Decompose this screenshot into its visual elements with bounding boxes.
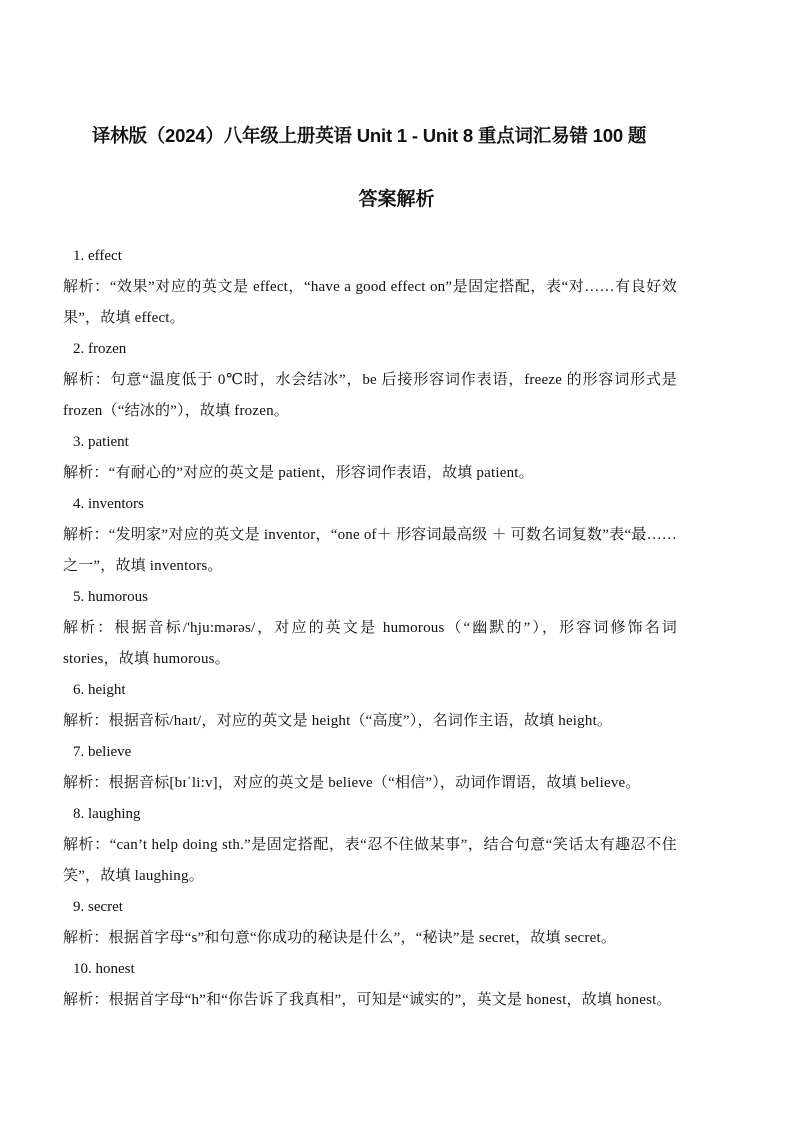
answer-explanation: 解析：根据音标[bɪˈli:v]，对应的英文是 believe（“相信”），动词…: [63, 768, 677, 799]
answer-item: 3. patient 解析：“有耐心的”对应的英文是 patient，形容词作表…: [63, 427, 677, 489]
answer-item: 9. secret 解析：根据首字母“s”和句意“你成功的秘诀是什么”，“秘诀”…: [63, 892, 677, 954]
document-title: 译林版（2024）八年级上册英语 Unit 1 - Unit 8 重点词汇易错 …: [0, 122, 793, 148]
answer-item: 4. inventors 解析：“发明家”对应的英文是 inventor，“on…: [63, 489, 677, 582]
answer-explanation: 解析：根据音标/haɪt/，对应的英文是 height（“高度”），名词作主语，…: [63, 706, 677, 737]
answer-heading: 5. humorous: [63, 582, 677, 613]
answer-heading: 1. effect: [63, 241, 677, 272]
answer-explanation: 解析：根据首字母“h”和“你告诉了我真相”，可知是“诚实的”，英文是 hones…: [63, 985, 677, 1016]
answer-explanation: 解析：“有耐心的”对应的英文是 patient，形容词作表语，故填 patien…: [63, 458, 677, 489]
answer-item: 2. frozen 解析：句意“温度低于 0℃时，水会结冰”，be 后接形容词作…: [63, 334, 677, 427]
answer-explanation: 解析：“can’t help doing sth.”是固定搭配，表“忍不住做某事…: [63, 830, 677, 892]
answer-explanation: 解析：根据音标/'hju:mərəs/，对应的英文是 humorous（“幽默的…: [63, 613, 677, 675]
answer-explanation: 解析：句意“温度低于 0℃时，水会结冰”，be 后接形容词作表语，freeze …: [63, 365, 677, 427]
answer-heading: 9. secret: [63, 892, 677, 923]
answer-item: 1. effect 解析：“效果”对应的英文是 effect，“have a g…: [63, 241, 677, 334]
answer-heading: 6. height: [63, 675, 677, 706]
answer-explanation: 解析：根据首字母“s”和句意“你成功的秘诀是什么”，“秘诀”是 secret，故…: [63, 923, 677, 954]
answer-item: 7. believe 解析：根据音标[bɪˈli:v]，对应的英文是 belie…: [63, 737, 677, 799]
answer-item: 10. honest 解析：根据首字母“h”和“你告诉了我真相”，可知是“诚实的…: [63, 954, 677, 1016]
document-page: 译林版（2024）八年级上册英语 Unit 1 - Unit 8 重点词汇易错 …: [0, 0, 793, 1122]
answer-item: 5. humorous 解析：根据音标/'hju:mərəs/，对应的英文是 h…: [63, 582, 677, 675]
answer-heading: 10. honest: [63, 954, 677, 985]
answer-heading: 7. believe: [63, 737, 677, 768]
answer-item: 8. laughing 解析：“can’t help doing sth.”是固…: [63, 799, 677, 892]
answer-explanation: 解析：“效果”对应的英文是 effect，“have a good effect…: [63, 272, 677, 334]
document-title-text: 译林版（2024）八年级上册英语 Unit 1 - Unit 8 重点词汇易错 …: [92, 122, 646, 148]
answer-item: 6. height 解析：根据音标/haɪt/，对应的英文是 height（“高…: [63, 675, 677, 737]
answer-heading: 4. inventors: [63, 489, 677, 520]
answer-list: 1. effect 解析：“效果”对应的英文是 effect，“have a g…: [63, 241, 677, 1016]
answer-explanation: 解析：“发明家”对应的英文是 inventor，“one of＋ 形容词最高级 …: [63, 520, 677, 582]
document-subtitle: 答案解析: [0, 184, 793, 211]
answer-heading: 2. frozen: [63, 334, 677, 365]
answer-heading: 8. laughing: [63, 799, 677, 830]
answer-heading: 3. patient: [63, 427, 677, 458]
